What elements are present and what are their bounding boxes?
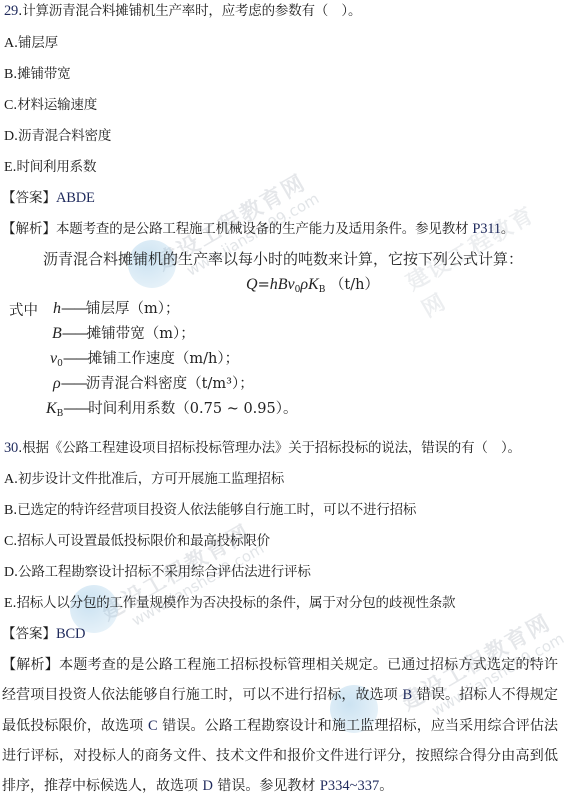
q30-option-c: C.招标人可设置最低投标限价和最高投标限价 <box>4 531 270 552</box>
q30-analysis: 【解析】本题考查的是公路工程施工招标投标管理相关规定。已通过招标方式选定的特许经… <box>2 650 558 801</box>
q29-option-a: A.铺层厚 <box>4 33 58 54</box>
q29-option-c: C.材料运输速度 <box>4 95 97 116</box>
excerpt-intro: 沥青混合料摊铺机的生产率以每小时的吨数来计算，它按下列公式计算： <box>43 248 523 269</box>
question-29-stem: 29.计算沥青混合料摊铺机生产率时，应考虑的参数有（ ）。 <box>4 1 361 21</box>
definition-h: h——铺层厚（m）； <box>53 297 180 318</box>
where-label: 式中 <box>9 299 38 320</box>
q30-option-e: E.招标人以分包的工作量规模作为否决投标的条件，属于对分包的歧视性条款 <box>4 593 455 614</box>
q30-option-b: B.已选定的特许经营项目投资人依法能够自行施工时，可以不进行招标 <box>4 500 416 521</box>
definition-b: B——摊铺带宽（m）； <box>52 322 195 343</box>
definition-rho: ρ——沥青混合料密度（t/m³）； <box>53 372 254 393</box>
definition-v0: v0——摊铺工作速度（m/h）； <box>50 347 239 369</box>
q29-option-b: B.摊铺带宽 <box>4 64 70 85</box>
q30-option-d: D.公路工程勘察设计招标不采用综合评估法进行评标 <box>4 562 311 583</box>
definition-kb: KB——时间利用系数（0.75 ~ 0.95）。 <box>46 397 297 419</box>
q29-analysis: 【解析】本题考查的是公路工程施工机械设备的生产能力及适用条件。参见教材 P311… <box>2 219 514 239</box>
q29-option-d: D.沥青混合料密度 <box>4 126 111 147</box>
q30-answer: 【答案】BCD <box>2 624 85 644</box>
formula: Q=hBv0ρKB （t/h） <box>246 273 379 295</box>
question-30-stem: 30.根据《公路工程建设项目招标投标管理办法》关于招标投标的说法，错误的有（ ）… <box>4 438 521 458</box>
q30-option-a: A.初步设计文件批准后，方可开展施工监理招标 <box>4 469 284 490</box>
q29-answer: 【答案】ABDE <box>2 188 95 208</box>
q29-option-e: E.时间利用系数 <box>4 157 96 178</box>
